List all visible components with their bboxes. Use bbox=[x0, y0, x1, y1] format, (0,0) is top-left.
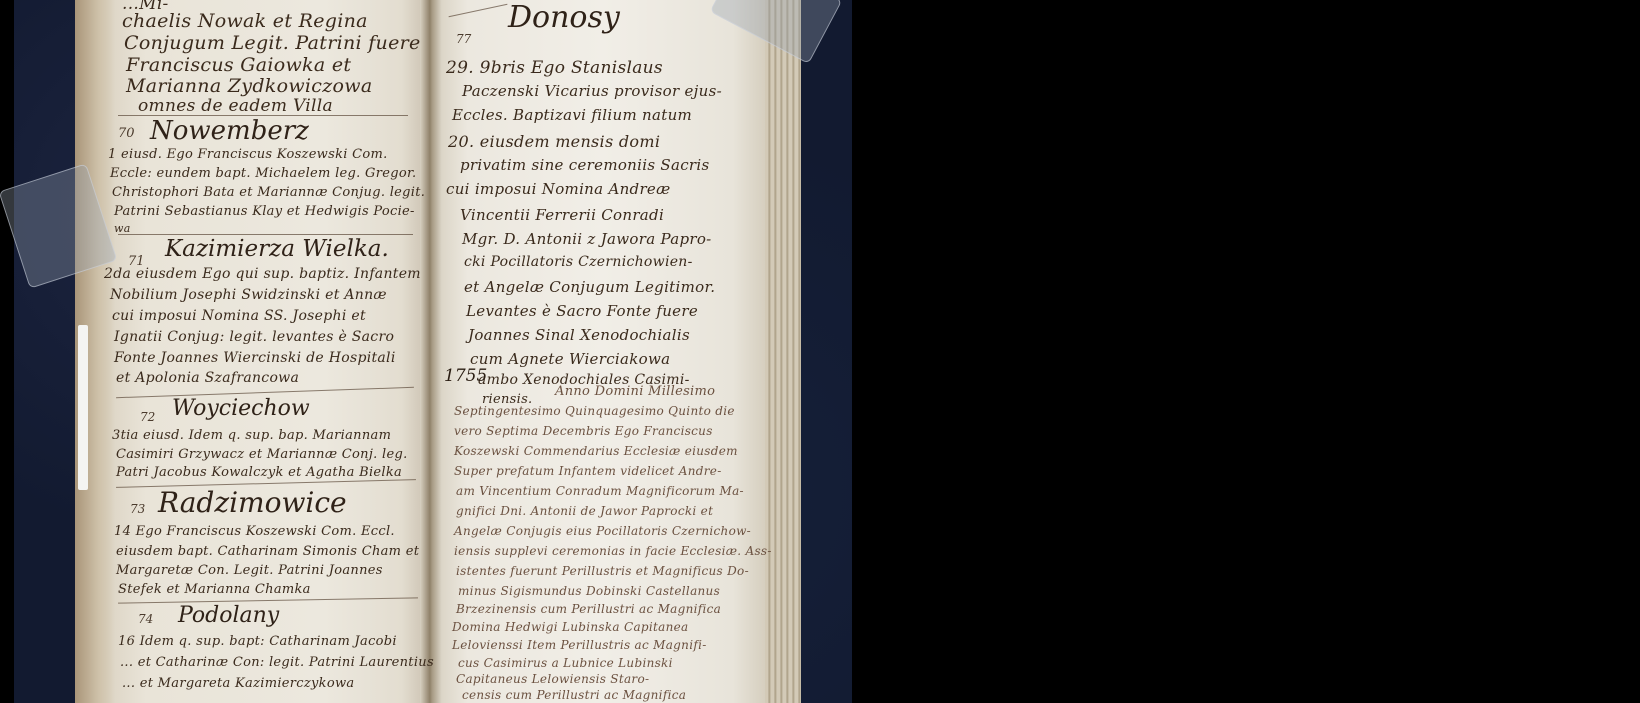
ms-line: Super prefatum Infantem videlicet Andre- bbox=[454, 464, 722, 478]
manuscript-photo: ...Mi- chaelis Nowak et Regina Conjugum … bbox=[0, 0, 852, 703]
ms-line: Anno Domini Millesimo bbox=[555, 384, 715, 399]
village-heading: Donosy bbox=[508, 0, 620, 35]
village-heading: Nowemberz bbox=[150, 116, 309, 146]
ms-line: eiusdem bapt. Catharinam Simonis Cham et bbox=[116, 544, 419, 559]
ms-line: Septingentesimo Quinquagesimo Quinto die bbox=[454, 404, 735, 418]
ms-line: vero Septima Decembris Ego Franciscus bbox=[454, 424, 713, 438]
ms-line: Casimiri Grzywacz et Mariannæ Conj. leg. bbox=[116, 447, 408, 462]
ms-line: ... et Catharinæ Con: legit. Patrini Lau… bbox=[120, 655, 434, 670]
ms-line: Levantes è Sacro Fonte fuere bbox=[466, 302, 698, 320]
ms-line: 29. 9bris Ego Stanislaus bbox=[446, 58, 663, 78]
ms-line: Patrini Sebastianus Klay et Hedwigis Poc… bbox=[114, 204, 415, 219]
ms-line: Nobilium Josephi Swidzinski et Annæ bbox=[110, 287, 387, 303]
ms-line: Marianna Zydkowiczowa bbox=[126, 75, 372, 97]
ms-line: Brzezinensis cum Perillustri ac Magnific… bbox=[456, 602, 721, 616]
ms-line: Koszewski Commendarius Ecclesiæ eiusdem bbox=[454, 444, 738, 458]
ms-line: censis cum Perillustri ac Magnifica bbox=[462, 688, 686, 702]
ms-line: cum Agnete Wierciakowa bbox=[470, 350, 670, 368]
village-heading: Podolany bbox=[178, 603, 279, 628]
ms-line: iensis supplevi ceremonias in facie Eccl… bbox=[454, 544, 772, 558]
entry-number: 77 bbox=[456, 32, 471, 46]
left-black-border bbox=[0, 0, 14, 703]
ms-line: Patri Jacobus Kowalczyk et Agatha Bielka bbox=[116, 465, 402, 480]
ms-line: 16 Idem q. sup. bapt: Catharinam Jacobi bbox=[118, 634, 397, 649]
ms-line: Domina Hedwigi Lubinska Capitanea bbox=[452, 620, 689, 634]
ms-line: minus Sigismundus Dobinski Castellanus bbox=[458, 584, 720, 598]
entry-number: 74 bbox=[138, 612, 153, 626]
ms-line: 20. eiusdem mensis domi bbox=[448, 132, 660, 151]
ms-line: cui imposui Nomina SS. Josephi et bbox=[112, 308, 366, 324]
village-heading: Woyciechow bbox=[172, 396, 310, 421]
ms-line: Ignatii Conjug: legit. levantes è Sacro bbox=[114, 329, 394, 345]
ms-line: 14 Ego Franciscus Koszewski Com. Eccl. bbox=[114, 524, 395, 539]
ms-line: Angelæ Conjugis eius Pocillatoris Czerni… bbox=[454, 524, 751, 538]
ms-line: Joannes Sinal Xenodochialis bbox=[468, 326, 690, 344]
ms-line: Margaretæ Con. Legit. Patrini Joannes bbox=[116, 563, 383, 578]
ms-line: 1 eiusd. Ego Franciscus Koszewski Com. bbox=[108, 147, 388, 162]
ms-line: Stefek et Marianna Chamka bbox=[118, 582, 311, 597]
ms-line: 3tia eiusd. Idem q. sup. bap. Mariannam bbox=[112, 428, 391, 443]
entry-number: 72 bbox=[140, 410, 155, 424]
ms-line: privatim sine ceremoniis Sacris bbox=[460, 156, 710, 174]
ms-line: cus Casimirus a Lubnice Lubinski bbox=[458, 656, 673, 670]
village-heading: Radzimowice bbox=[158, 486, 347, 519]
ms-line: omnes de eadem Villa bbox=[138, 96, 333, 116]
entry-number: 73 bbox=[130, 502, 145, 516]
ms-line: Mgr. D. Antonii z Jawora Papro- bbox=[462, 230, 712, 248]
ms-line: am Vincentium Conradum Magnificorum Ma- bbox=[456, 484, 744, 498]
ms-line: Christophori Bata et Mariannæ Conjug. le… bbox=[112, 185, 425, 200]
village-heading: Kazimierza Wielka. bbox=[165, 236, 389, 262]
ms-line: 2da eiusdem Ego qui sup. baptiz. Infante… bbox=[104, 266, 421, 282]
ms-line: istentes fuerunt Perillustris et Magnifi… bbox=[456, 564, 749, 578]
entry-divider bbox=[118, 234, 413, 235]
ms-line: Eccle: eundem bapt. Michaelem leg. Grego… bbox=[110, 166, 416, 181]
ms-line: et Angelæ Conjugum Legitimor. bbox=[464, 278, 715, 296]
ms-line: cki Pocillatoris Czernichowien- bbox=[464, 254, 693, 270]
ms-line: chaelis Nowak et Regina bbox=[122, 10, 368, 32]
right-page-leaf-edges bbox=[765, 0, 801, 703]
entry-number: 70 bbox=[118, 126, 135, 141]
ms-line: Eccles. Baptizavi filium natum bbox=[452, 106, 692, 124]
ms-line: Vincentii Ferrerii Conradi bbox=[460, 206, 664, 224]
ms-line: Capitaneus Lelowiensis Staro- bbox=[456, 672, 649, 686]
ms-line: gnifici Dni. Antonii de Jawor Paprocki e… bbox=[456, 504, 713, 518]
ms-line: et Apolonia Szafrancowa bbox=[116, 370, 299, 386]
ms-line: Conjugum Legit. Patrini fuere bbox=[124, 32, 421, 54]
white-paper-marker bbox=[78, 325, 88, 490]
book-gutter bbox=[420, 0, 442, 703]
ms-line: cui imposui Nomina Andreæ bbox=[446, 180, 671, 198]
ms-line: Lelovienssi Item Perillustris ac Magnifi… bbox=[452, 638, 707, 652]
ms-line: Paczenski Vicarius provisor ejus- bbox=[462, 82, 722, 100]
ms-line: Franciscus Gaiowka et bbox=[126, 54, 351, 76]
year-margin-note: 1755 bbox=[444, 366, 487, 386]
ms-line: Fonte Joannes Wiercinski de Hospitali bbox=[114, 350, 396, 366]
ms-line: ... et Margareta Kazimierczykowa bbox=[122, 676, 354, 691]
